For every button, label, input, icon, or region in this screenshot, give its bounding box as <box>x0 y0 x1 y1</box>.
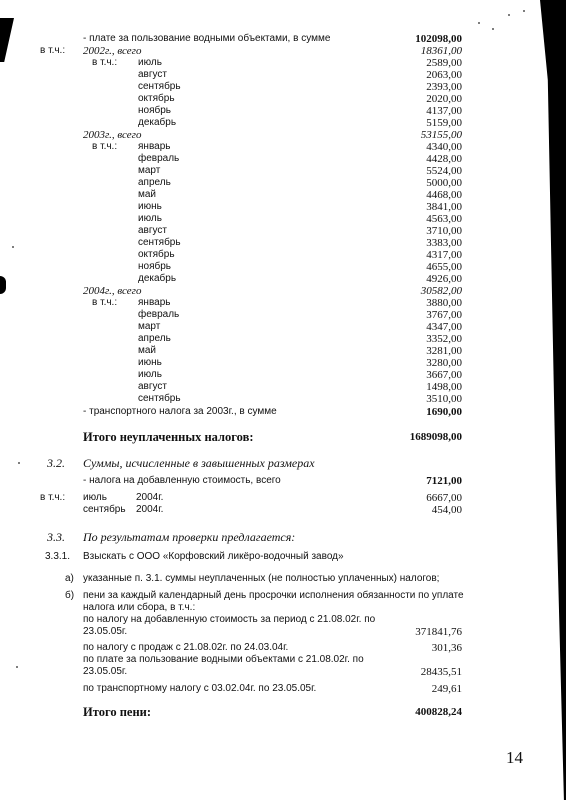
year-total-label: 2004г., всего <box>83 285 141 297</box>
penalty-total-value: 400828,24 <box>415 706 462 718</box>
month-value: 4428,00 <box>426 153 462 165</box>
month-value: 3510,00 <box>426 393 462 405</box>
month-name: июль <box>138 213 162 225</box>
section-3-3-1-title: Взыскать с ООО «Корфовский ликёро-водочн… <box>83 551 344 563</box>
section-3-3-title: По результатам проверки предлагается: <box>83 531 295 543</box>
month-name: февраль <box>138 153 179 165</box>
year-total-label: 2002г., всего <box>83 45 141 57</box>
month-value: 5159,00 <box>426 117 462 129</box>
item-a-text: указанные п. 3.1. суммы неуплаченных (не… <box>83 573 439 585</box>
scan-speck <box>508 14 510 16</box>
month-value: 3841,00 <box>426 201 462 213</box>
year-total-value: 30582,00 <box>421 285 462 297</box>
month-value: 3767,00 <box>426 309 462 321</box>
item-b-line1: пени за каждый календарный день просрочк… <box>83 590 464 602</box>
month-value: 4340,00 <box>426 141 462 153</box>
month-name: январь <box>138 297 170 309</box>
month-value: 4317,00 <box>426 249 462 261</box>
month-value: 4468,00 <box>426 189 462 201</box>
scan-punch-hole-artifact <box>0 276 6 294</box>
vat-item-value: 6667,00 <box>426 492 462 504</box>
month-name: сентябрь <box>138 237 181 249</box>
month-value: 2589,00 <box>426 57 462 69</box>
penalty-line1: по транспортному налогу с 03.02.04г. по … <box>83 683 316 695</box>
month-value: 4347,00 <box>426 321 462 333</box>
month-name: сентябрь <box>138 81 181 93</box>
penalty-value: 301,36 <box>432 642 462 654</box>
month-value: 2020,00 <box>426 93 462 105</box>
month-name: декабрь <box>138 273 176 285</box>
month-value: 3880,00 <box>426 297 462 309</box>
month-name: май <box>138 189 156 201</box>
month-value: 4137,00 <box>426 105 462 117</box>
unpaid-total-label: Итого неуплаченных налогов: <box>83 431 254 443</box>
month-name: июль <box>138 369 162 381</box>
month-value: 3281,00 <box>426 345 462 357</box>
month-name: май <box>138 345 156 357</box>
month-name: июнь <box>138 201 162 213</box>
month-value: 3667,00 <box>426 369 462 381</box>
month-value: 5000,00 <box>426 177 462 189</box>
item-a-marker: а) <box>65 573 74 585</box>
month-name: октябрь <box>138 249 175 261</box>
penalty-total-label: Итого пени: <box>83 706 151 718</box>
month-name: август <box>138 69 167 81</box>
item-b-line2: налога или сбора, в т.ч.: <box>83 602 195 614</box>
transport-tax-total: 1690,00 <box>426 406 462 418</box>
month-value: 2393,00 <box>426 81 462 93</box>
month-name: февраль <box>138 309 179 321</box>
penalty-value: 28435,51 <box>421 666 462 678</box>
penalty-line1: по налогу с продаж с 21.08.02г. по 24.03… <box>83 642 288 654</box>
month-name: август <box>138 381 167 393</box>
vat-total: 7121,00 <box>426 475 462 487</box>
month-value: 3710,00 <box>426 225 462 237</box>
incl-label: в т.ч.: <box>92 141 117 153</box>
month-value: 4926,00 <box>426 273 462 285</box>
section-3-2-number: 3.2. <box>47 457 65 469</box>
vat-item-value: 454,00 <box>432 504 462 516</box>
penalty-line2: 23.05.05г. <box>83 626 127 638</box>
month-value: 3280,00 <box>426 357 462 369</box>
scan-speck <box>523 10 525 12</box>
transport-tax-label: - транспортного налога за 2003г., в сумм… <box>83 406 277 418</box>
month-value: 4655,00 <box>426 261 462 273</box>
incl-label: в т.ч.: <box>40 45 65 57</box>
year-total-value: 18361,00 <box>421 45 462 57</box>
water-fee-label: - плате за пользование водными объектами… <box>83 33 330 45</box>
month-name: январь <box>138 141 170 153</box>
page-number: 14 <box>506 748 523 768</box>
penalty-line2: 23.05.05г. <box>83 666 127 678</box>
month-name: октябрь <box>138 93 175 105</box>
month-name: март <box>138 321 160 333</box>
month-name: июль <box>138 57 162 69</box>
vat-label: - налога на добавленную стоимость, всего <box>83 475 281 487</box>
item-b-marker: б) <box>65 590 74 602</box>
scan-speck <box>18 462 20 464</box>
year-total-label: 2003г., всего <box>83 129 141 141</box>
month-name: ноябрь <box>138 261 171 273</box>
penalty-line1: по налогу на добавленную стоимость за пе… <box>83 614 375 626</box>
scan-speck <box>16 666 18 668</box>
incl-label: в т.ч.: <box>92 297 117 309</box>
scan-edge-artifact <box>0 18 14 62</box>
water-fee-total: 102098,00 <box>415 33 462 45</box>
vat-item-month: сентябрь <box>83 504 126 516</box>
month-name: апрель <box>138 177 171 189</box>
month-name: август <box>138 225 167 237</box>
scan-edge-artifact <box>540 0 566 800</box>
month-name: март <box>138 165 160 177</box>
month-value: 5524,00 <box>426 165 462 177</box>
penalty-value: 249,61 <box>432 683 462 695</box>
month-name: декабрь <box>138 117 176 129</box>
month-name: июнь <box>138 357 162 369</box>
month-value: 3383,00 <box>426 237 462 249</box>
scan-speck <box>492 28 494 30</box>
month-name: апрель <box>138 333 171 345</box>
section-3-3-number: 3.3. <box>47 531 65 543</box>
vat-item-month: июль <box>83 492 107 504</box>
month-value: 4563,00 <box>426 213 462 225</box>
scan-speck <box>12 246 14 248</box>
unpaid-total-value: 1689098,00 <box>410 431 462 443</box>
vat-item-year: 2004г. <box>136 504 163 516</box>
incl-label: в т.ч.: <box>40 492 65 504</box>
month-value: 3352,00 <box>426 333 462 345</box>
section-3-2-title: Суммы, исчисленные в завышенных размерах <box>83 457 315 469</box>
penalty-value: 371841,76 <box>415 626 462 638</box>
section-3-3-1-number: 3.3.1. <box>45 551 70 563</box>
scan-speck <box>478 22 480 24</box>
month-value: 1498,00 <box>426 381 462 393</box>
incl-label: в т.ч.: <box>92 57 117 69</box>
penalty-line1: по плате за пользование водными объектам… <box>83 654 364 666</box>
month-name: ноябрь <box>138 105 171 117</box>
month-value: 2063,00 <box>426 69 462 81</box>
vat-item-year: 2004г. <box>136 492 163 504</box>
month-name: сентябрь <box>138 393 181 405</box>
year-total-value: 53155,00 <box>421 129 462 141</box>
